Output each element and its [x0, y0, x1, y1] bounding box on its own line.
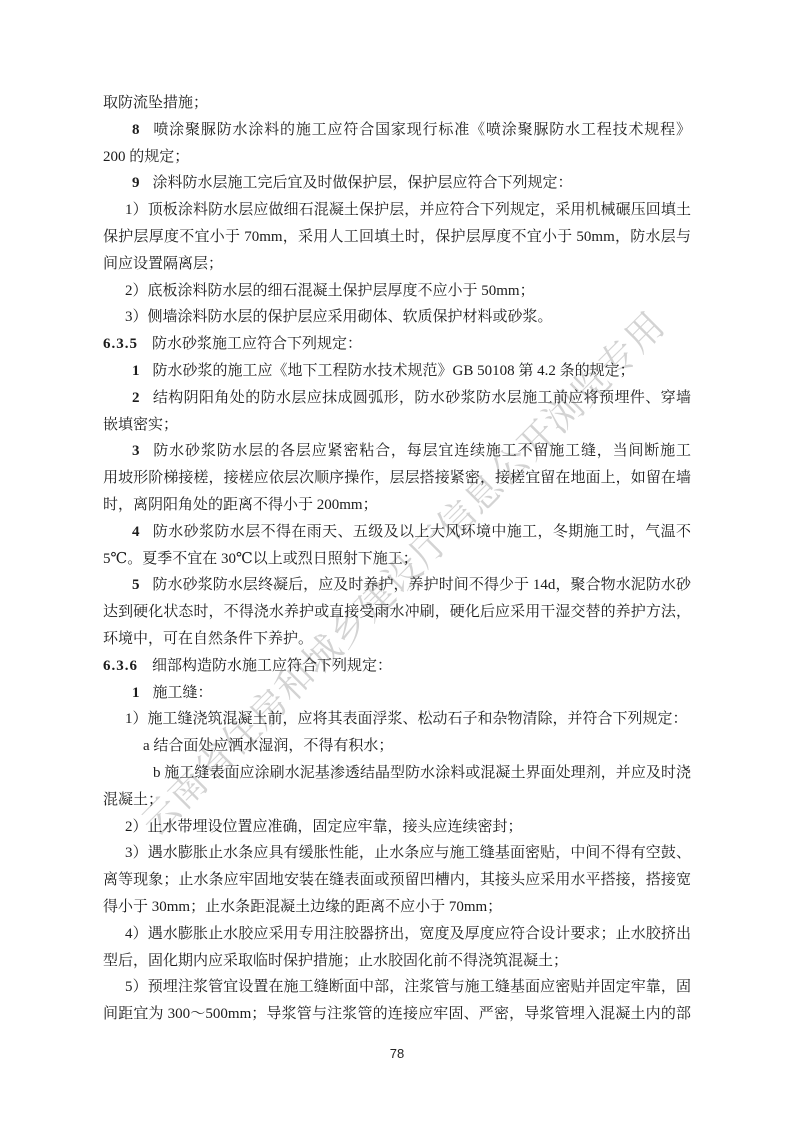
- text-line: 4）遇水膨胀止水胶应采用专用注胶器挤出，宽度及厚度应符合设计要求；止水胶挤出成: [103, 921, 691, 948]
- text-line: 用坡形阶梯接槎，接槎应依层次顺序操作，层层搭接紧密，接槎宜留在地面上，如留在墙面…: [103, 465, 691, 492]
- line-number: 6.3.5: [103, 336, 138, 352]
- text-line: 4防水砂浆防水层不得在雨天、五级及以上大风环境中施工，冬期施工时，气温不应低于: [103, 519, 691, 546]
- text-line: 3）遇水膨胀止水条应具有缓胀性能，止水条应与施工缝基面密贴，中间不得有空鼓、脱: [103, 840, 691, 867]
- text-line: 6.3.5防水砂浆施工应符合下列规定：: [103, 331, 691, 358]
- text-line: 1）施工缝浇筑混凝土前，应将其表面浮浆、松动石子和杂物清除，并符合下列规定：: [103, 706, 691, 733]
- text-line: 混凝土；: [103, 787, 691, 814]
- text-line: 间距宜为 300～500mm；导浆管与注浆管的连接应牢固、严密，导浆管埋入混凝土…: [103, 1001, 691, 1028]
- text-line: 达到硬化状态时，不得浇水养护或直接受雨水冲刷，硬化后应采用干湿交替的养护方法，潮…: [103, 599, 691, 626]
- text-line: 8喷涂聚脲防水涂料的施工应符合国家现行标准《喷涂聚脲防水工程技术规程》JGJ/T: [103, 117, 691, 144]
- text-line: 得小于 30mm；止水条距混凝土边缘的距离不应小于 70mm；: [103, 894, 691, 921]
- text-line: 1防水砂浆的施工应《地下工程防水技术规范》GB 50108 第 4.2 条的规定…: [103, 358, 691, 385]
- text-line: 5防水砂浆防水层终凝后，应及时养护，养护时间不得少于 14d，聚合物水泥防水砂浆…: [103, 572, 691, 599]
- text-line: 间应设置隔离层；: [103, 251, 691, 278]
- text-line: 1施工缝：: [103, 680, 691, 707]
- text-line: 时，离阴阳角处的距离不得小于 200mm；: [103, 492, 691, 519]
- text-line: 2结构阴阳角处的防水层应抹成圆弧形，防水砂浆防水层施工前应将预埋件、穿墙管周边: [103, 385, 691, 412]
- line-number: 1: [132, 363, 140, 379]
- text-line: 200 的规定；: [103, 144, 691, 171]
- text-line: 3）侧墙涂料防水层的保护层应采用砌体、软质保护材料或砂浆。: [103, 304, 691, 331]
- text-line: b 施工缝表面应涂刷水泥基渗透结晶型防水涂料或混凝土界面处理剂，并应及时浇筑: [103, 760, 691, 787]
- text-line: 2）止水带埋设位置应准确，固定应牢靠，接头应连续密封；: [103, 814, 691, 841]
- document-body: 取防流坠措施；8喷涂聚脲防水涂料的施工应符合国家现行标准《喷涂聚脲防水工程技术规…: [103, 90, 691, 1028]
- text-line: 取防流坠措施；: [103, 90, 691, 117]
- line-number: 6.3.6: [103, 658, 138, 674]
- page-number: 78: [103, 1046, 691, 1061]
- text-line: a 结合面处应洒水湿润，不得有积水；: [103, 733, 691, 760]
- text-line: 5℃。夏季不宜在 30℃以上或烈日照射下施工；: [103, 546, 691, 573]
- text-line: 离等现象；止水条应牢固地安装在缝表面或预留凹槽内，其接头应采用水平搭接，搭接宽度…: [103, 867, 691, 894]
- text-line: 6.3.6细部构造防水施工应符合下列规定：: [103, 653, 691, 680]
- text-line: 9涂料防水层施工完后宜及时做保护层，保护层应符合下列规定：: [103, 170, 691, 197]
- text-line: 保护层厚度不宜小于 70mm，采用人工回填土时，保护层厚度不宜小于 50mm，防…: [103, 224, 691, 251]
- text-line: 1）顶板涂料防水层应做细石混凝土保护层，并应符合下列规定，采用机械碾压回填土时，: [103, 197, 691, 224]
- text-line: 型后，固化期内应采取临时保护措施；止水胶固化前不得浇筑混凝土；: [103, 948, 691, 975]
- line-number: 5: [132, 577, 140, 593]
- text-line: 环境中，可在自然条件下养护。: [103, 626, 691, 653]
- line-number: 1: [132, 685, 140, 701]
- document-page: 云南省住房和城乡建设厅信息公开浏览专用 取防流坠措施；8喷涂聚脲防水涂料的施工应…: [0, 0, 793, 1122]
- text-line: 嵌填密实；: [103, 412, 691, 439]
- line-number: 4: [132, 524, 140, 540]
- text-line: 3防水砂浆防水层的各层应紧密粘合，每层宜连续施工不留施工缝，当间断施工时，应采: [103, 438, 691, 465]
- line-number: 8: [132, 122, 140, 138]
- text-line: 2）底板涂料防水层的细石混凝土保护层厚度不应小于 50mm；: [103, 278, 691, 305]
- line-number: 2: [132, 390, 140, 406]
- line-number: 3: [132, 443, 140, 459]
- text-line: 5）预埋注浆管宜设置在施工缝断面中部，注浆管与施工缝基面应密贴并固定牢靠，固定: [103, 974, 691, 1001]
- line-number: 9: [132, 175, 140, 191]
